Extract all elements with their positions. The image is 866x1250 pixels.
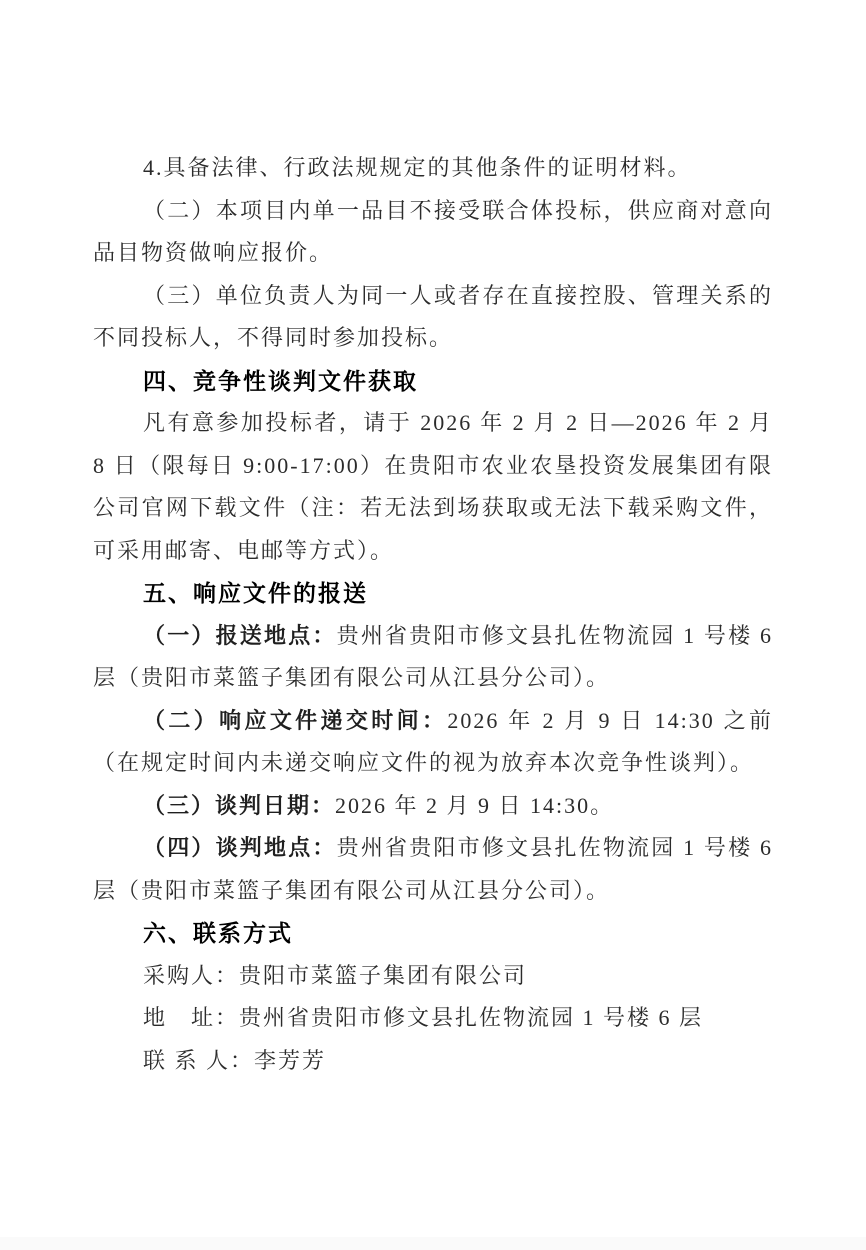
clause-item-4: 4.具备法律、行政法规规定的其他条件的证明材料。 (93, 147, 773, 190)
negotiation-location-paragraph: （四）谈判地点：贵州省贵阳市修文县扎佐物流园 1 号楼 6 层（贵阳市菜篮子集团… (93, 827, 773, 912)
section-4-paragraph: 凡有意参加投标者，请于 2026 年 2 月 2 日—2026 年 2 月 8 … (93, 402, 773, 572)
submission-deadline-paragraph: （二）响应文件递交时间：2026 年 2 月 9 日 14:30 之前（在规定时… (93, 700, 773, 785)
address-line: 地 址：贵州省贵阳市修文县扎佐物流园 1 号楼 6 层 (93, 997, 773, 1040)
delivery-location-paragraph: （一）报送地点：贵州省贵阳市修文县扎佐物流园 1 号楼 6 层（贵阳市菜篮子集团… (93, 615, 773, 700)
delivery-location-label: （一）报送地点： (143, 623, 337, 648)
section-heading-6: 六、联系方式 (93, 912, 773, 955)
negotiation-location-label: （四）谈判地点： (143, 835, 337, 860)
negotiation-date-paragraph: （三）谈判日期：2026 年 2 月 9 日 14:30。 (93, 785, 773, 828)
section-heading-5: 五、响应文件的报送 (93, 572, 773, 615)
contact-person-line: 联 系 人：李芳芳 (93, 1040, 773, 1083)
clause-paragraph-2: （二）本项目内单一品目不接受联合体投标，供应商对意向品目物资做响应报价。 (93, 190, 773, 275)
document-page: 4.具备法律、行政法规规定的其他条件的证明材料。 （二）本项目内单一品目不接受联… (93, 147, 773, 1082)
clause-paragraph-3: （三）单位负责人为同一人或者存在直接控股、管理关系的不同投标人，不得同时参加投标… (93, 275, 773, 360)
page-bottom-edge (0, 1237, 866, 1250)
negotiation-date-label: （三）谈判日期： (143, 793, 335, 818)
submission-deadline-label: （二）响应文件递交时间： (143, 708, 447, 733)
purchaser-line: 采购人：贵阳市菜篮子集团有限公司 (93, 955, 773, 998)
negotiation-date-text: 2026 年 2 月 9 日 14:30。 (335, 793, 614, 818)
section-heading-4: 四、竞争性谈判文件获取 (93, 360, 773, 403)
